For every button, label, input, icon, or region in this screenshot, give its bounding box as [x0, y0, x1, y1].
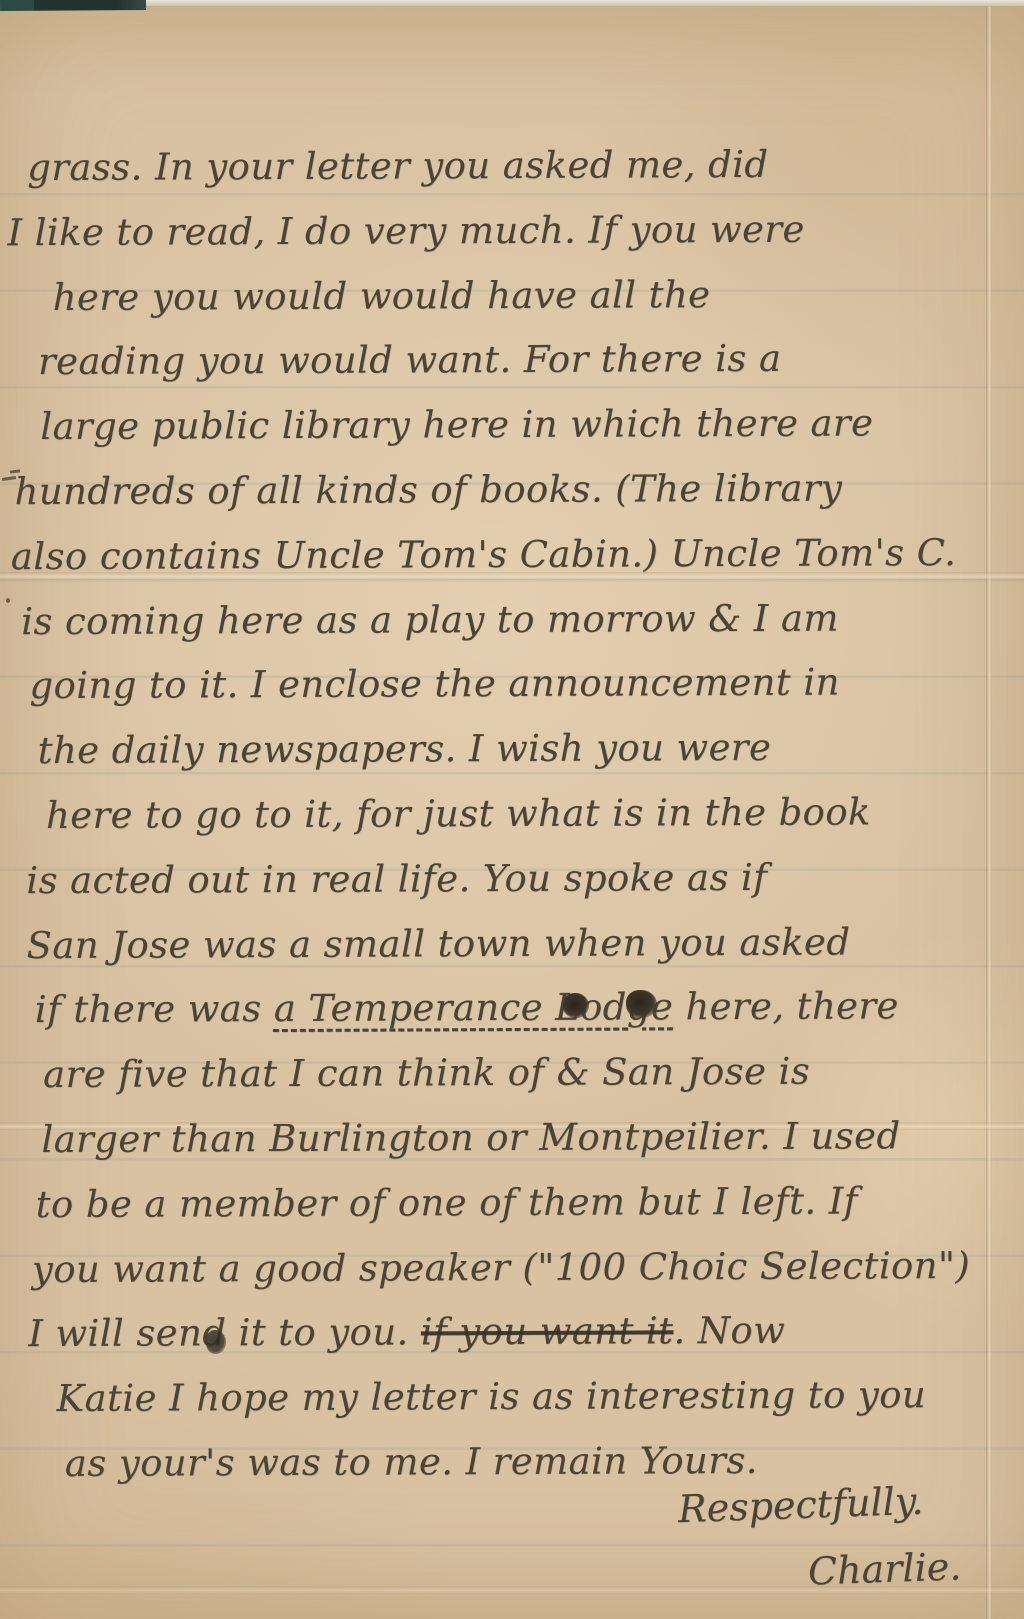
letter-line: larger than Burlington or Montpeilier. I…	[41, 1104, 1024, 1173]
letter-line: are five that I can think of & San Jose …	[43, 1039, 1024, 1108]
letter-body: grass. In your letter you asked me, did …	[0, 132, 1024, 1497]
letter-line: is acted out in real life. You spoke as …	[26, 845, 1024, 914]
letter-line: going to it. I enclose the announcement …	[29, 650, 1023, 719]
dark-corner-backing	[0, 0, 146, 11]
letter-line: I will send it to you. if you want it. N…	[28, 1298, 1024, 1367]
letter-line: is coming here as a play to morrow & I a…	[21, 585, 1023, 654]
letter-line: grass. In your letter you asked me, did	[27, 132, 1021, 201]
letter-line: here you would would have all the	[53, 261, 1022, 330]
letter-line: to be a member of one of them but I left…	[36, 1169, 1024, 1238]
letter-closing: Respectfully.	[677, 1479, 924, 1532]
ink-blot	[563, 993, 589, 1018]
ink-blot	[206, 1330, 226, 1354]
letter-line: also contains Uncle Tom's Cabin.) Uncle …	[11, 521, 1023, 590]
struck-out-phrase: if you want it	[421, 1310, 674, 1354]
letter-line: large public library here in which there…	[40, 391, 1022, 460]
letter-line: the daily newspapers. I wish you were	[38, 715, 1024, 784]
letter-line: San Jose was a small town when you asked	[26, 909, 1024, 978]
underlined-phrase: a Temperance Lodge	[274, 986, 674, 1031]
letter-line: hundreds of all kinds of books. (The lib…	[14, 456, 1022, 525]
letter-line: here to go to it, for just what is in th…	[46, 780, 1024, 849]
letter-page: grass. In your letter you asked me, did …	[0, 0, 1024, 1619]
letter-line: I like to read, I do very much. If you w…	[7, 197, 1021, 266]
letter-signature: Charlie.	[807, 1544, 962, 1593]
ink-blot	[626, 990, 657, 1018]
letter-line: reading you would want. For there is a	[38, 326, 1022, 395]
scan-top-edge	[0, 0, 1024, 6]
letter-line: Katie I hope my letter is as interesting…	[56, 1363, 1024, 1432]
letter-line: if there was a Temperance Lodge here, th…	[35, 974, 1024, 1043]
letter-line: you want a good speaker ("100 Choic Sele…	[32, 1233, 1024, 1302]
